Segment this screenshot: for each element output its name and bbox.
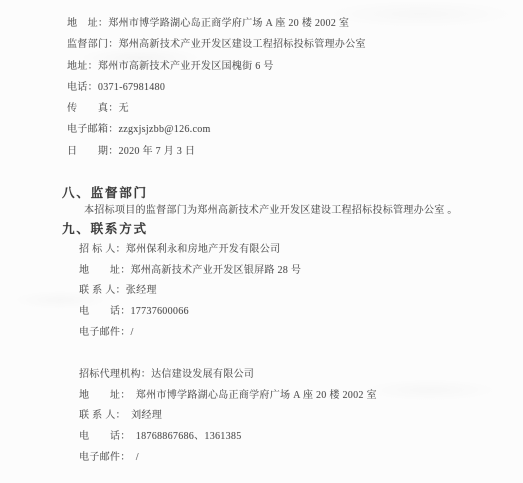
address-line: 地 址：郑州市博学路湖心岛正商学府广场 A 座 20 楼 2002 室 bbox=[67, 13, 366, 34]
section-9-heading: 九、联系方式 bbox=[62, 219, 148, 237]
fax-line: 传 真：无 bbox=[67, 98, 366, 119]
tenderer-contact-block: 招 标 人：郑州保利永和房地产开发有限公司 地 址：郑州高新技术产业开发区银屏路… bbox=[79, 240, 301, 344]
supervision-phone-line: 电话：0371-67981480 bbox=[67, 77, 366, 98]
supervision-dept-line: 监督部门：郑州高新技术产业开发区建设工程招标投标管理办公室 bbox=[67, 34, 366, 55]
agency-contact-person-line: 联 系 人： 刘经理 bbox=[79, 406, 377, 427]
agency-info-block: 地 址：郑州市博学路湖心岛正商学府广场 A 座 20 楼 2002 室 监督部门… bbox=[67, 13, 366, 162]
tenderer-email-line: 电子邮件：/ bbox=[79, 323, 301, 344]
section-8-paragraph: 本招标项目的监督部门为郑州高新技术产业开发区建设工程招标投标管理办公室 。 bbox=[84, 204, 458, 217]
document-page: 地 址：郑州市博学路湖心岛正商学府广场 A 座 20 楼 2002 室 监督部门… bbox=[0, 0, 523, 483]
agency-contact-block: 招标代理机构：达信建设发展有限公司 地 址： 郑州市博学路湖心岛正商学府广场 A… bbox=[79, 365, 377, 469]
agency-email-line: 电子邮件： / bbox=[79, 448, 377, 469]
agency-name-line: 招标代理机构：达信建设发展有限公司 bbox=[79, 365, 377, 386]
supervision-email-line: 电子邮箱：zzgxjsjzbb@126.com bbox=[67, 119, 366, 140]
agency-address-line: 地 址： 郑州市博学路湖心岛正商学府广场 A 座 20 楼 2002 室 bbox=[79, 386, 377, 407]
tenderer-phone-line: 电 话：17737600066 bbox=[79, 302, 301, 323]
supervision-address-line: 地址：郑州市高新技术产业开发区国槐街 6 号 bbox=[67, 56, 366, 77]
tenderer-contact-person-line: 联 系 人：张经理 bbox=[79, 281, 301, 302]
agency-phone-line: 电 话： 18768867686、1361385 bbox=[79, 427, 377, 448]
tenderer-name-line: 招 标 人：郑州保利永和房地产开发有限公司 bbox=[79, 240, 301, 261]
section-8-heading: 八、监督部门 bbox=[62, 183, 148, 201]
date-line: 日 期：2020 年 7 月 3 日 bbox=[67, 141, 366, 162]
tenderer-address-line: 地 址：郑州高新技术产业开发区银屏路 28 号 bbox=[79, 261, 301, 282]
